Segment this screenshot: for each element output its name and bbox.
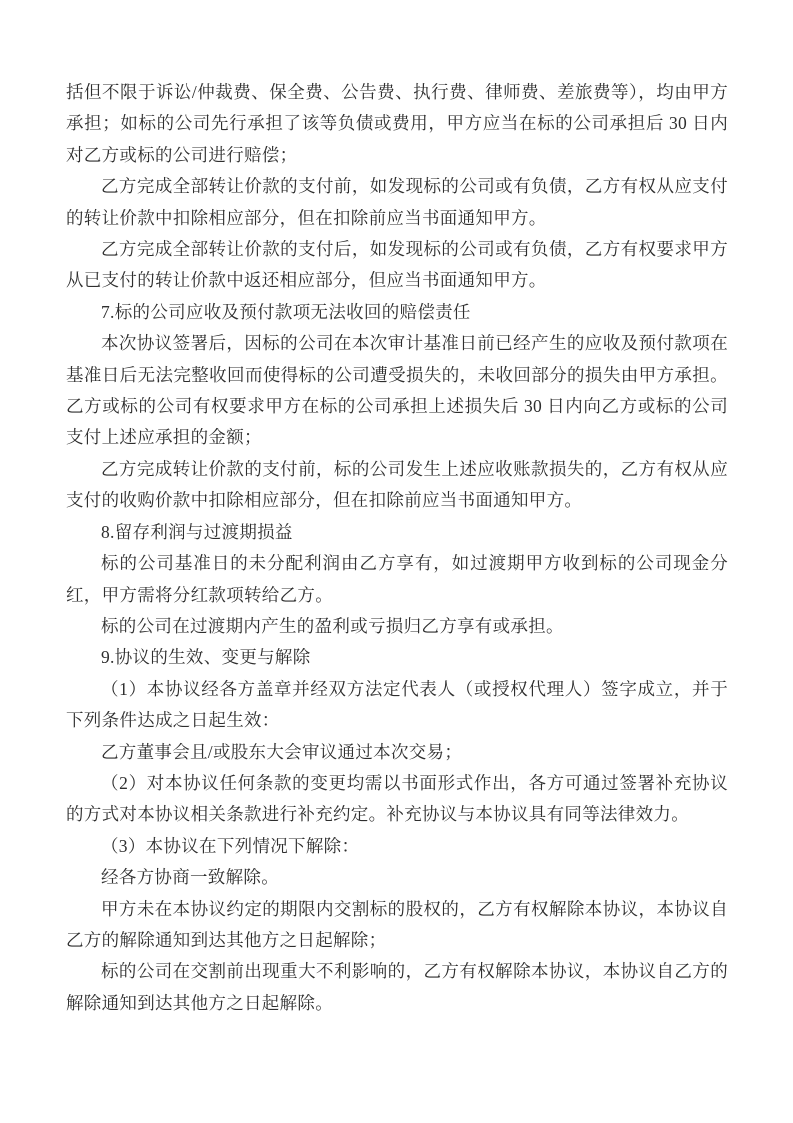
clause-7-heading: 7.标的公司应收及预付款项无法收回的赔偿责任 — [66, 297, 728, 328]
clause-pre-payment-deduction: 乙方完成全部转让价款的支付前，如发现标的公司或有负债，乙方有权从应支付的转让价款… — [66, 171, 728, 234]
document-body: 括但不限于诉讼/仲裁费、保全费、公告费、执行费、律师费、差旅费等），均由甲方承担… — [66, 77, 728, 1019]
clause-9-heading: 9.协议的生效、变更与解除 — [66, 642, 728, 673]
clause-9-item-3: （3）本协议在下列情况下解除： — [66, 831, 728, 862]
clause-7-para-1: 本次协议签署后，因标的公司在本次审计基准日前已经产生的应收及预付款项在基准日后无… — [66, 328, 728, 454]
clause-9-item-2: （2）对本协议任何条款的变更均需以书面形式作出，各方可通过签署补充协议的方式对本… — [66, 768, 728, 831]
clause-8-para-2: 标的公司在过渡期内产生的盈利或亏损归乙方享有或承担。 — [66, 611, 728, 642]
continued-paragraph-expenses: 括但不限于诉讼/仲裁费、保全费、公告费、执行费、律师费、差旅费等），均由甲方承担… — [66, 77, 728, 171]
clause-9-item-1-condition: 乙方董事会且/或股东大会审议通过本次交易； — [66, 737, 728, 768]
clause-9-item-3-c: 标的公司在交割前出现重大不利影响的，乙方有权解除本协议，本协议自乙方的解除通知到… — [66, 956, 728, 1019]
clause-8-heading: 8.留存利润与过渡期损益 — [66, 517, 728, 548]
clause-8-para-1: 标的公司基准日的未分配利润由乙方享有，如过渡期甲方收到标的公司现金分红，甲方需将… — [66, 548, 728, 611]
clause-9-item-1: （1）本协议经各方盖章并经双方法定代表人（或授权代理人）签字成立，并于下列条件达… — [66, 674, 728, 737]
clause-post-payment-refund: 乙方完成全部转让价款的支付后，如发现标的公司或有负债，乙方有权要求甲方从已支付的… — [66, 234, 728, 297]
clause-7-para-2: 乙方完成转让价款的支付前，标的公司发生上述应收账款损失的，乙方有权从应支付的收购… — [66, 454, 728, 517]
clause-9-item-3-b: 甲方未在本协议约定的期限内交割标的股权的，乙方有权解除本协议，本协议自乙方的解除… — [66, 894, 728, 957]
clause-9-item-3-a: 经各方协商一致解除。 — [66, 862, 728, 893]
document-page: 括但不限于诉讼/仲裁费、保全费、公告费、执行费、律师费、差旅费等），均由甲方承担… — [0, 0, 793, 1123]
